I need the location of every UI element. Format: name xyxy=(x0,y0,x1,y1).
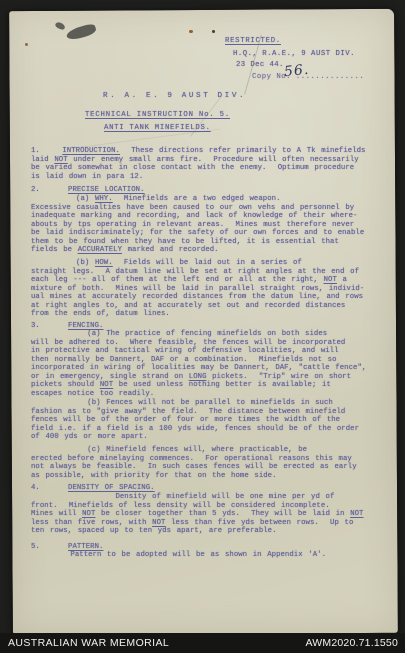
rust-spot xyxy=(189,30,193,33)
archive-caption-bar: AUSTRALIAN WAR MEMORIAL AWM2020.71.1550 xyxy=(0,633,405,653)
para-1-introduction: 1. INTRODUCTION. These directions refer … xyxy=(31,147,385,181)
archive-accession-id: AWM2020.71.1550 xyxy=(305,637,398,649)
para-2a-why: (a) WHY. Minefields are a two edged weap… xyxy=(31,195,385,255)
para-3c-fence-erection: (c) Minefield fences will, where practic… xyxy=(31,446,385,480)
para-5-pattern: Pattern to be adopted will be as shown i… xyxy=(31,551,385,560)
ink-smudge-stain-small xyxy=(54,21,66,30)
formation-title: R. A. E. 9 AUST DIV. xyxy=(103,92,246,100)
date-line: 23 Dec 44. xyxy=(236,61,284,69)
subject-title: ANTI TANK MINEFIELDS. xyxy=(104,124,211,132)
ink-spot xyxy=(212,30,215,33)
rust-spot-edge xyxy=(25,43,28,46)
classification-stamp: RESTRICTED. xyxy=(225,37,281,45)
archive-institution-label: AUSTRALIAN WAR MEMORIAL xyxy=(8,637,169,649)
para-2b-how: (b) HOW. Fields will be laid out in a se… xyxy=(31,259,385,319)
ink-smudge-stain xyxy=(65,23,97,42)
para-4-density: Density of minefield will be one mine pe… xyxy=(31,493,385,536)
heading-4-density-of-spacing: 4. DENSITY OF SPACING. xyxy=(31,484,385,493)
issuing-unit-line: H.Q., R.A.E., 9 AUST DIV. xyxy=(233,50,355,58)
handwritten-copy-number: 56. xyxy=(283,62,310,81)
para-3b-fence-distance: (b) Fences will not be parallel to minef… xyxy=(31,399,385,442)
instruction-title: TECHNICAL INSTRUCTION No. 5. xyxy=(85,111,230,119)
scanned-document-view: RESTRICTED. H.Q., R.A.E., 9 AUST DIV. 23… xyxy=(0,0,405,653)
para-3a-fencing-practice: (a) The practice of fencing minefields o… xyxy=(31,330,385,398)
heading-2-precise-location: 2. PRECISE LOCATION. xyxy=(31,186,385,195)
